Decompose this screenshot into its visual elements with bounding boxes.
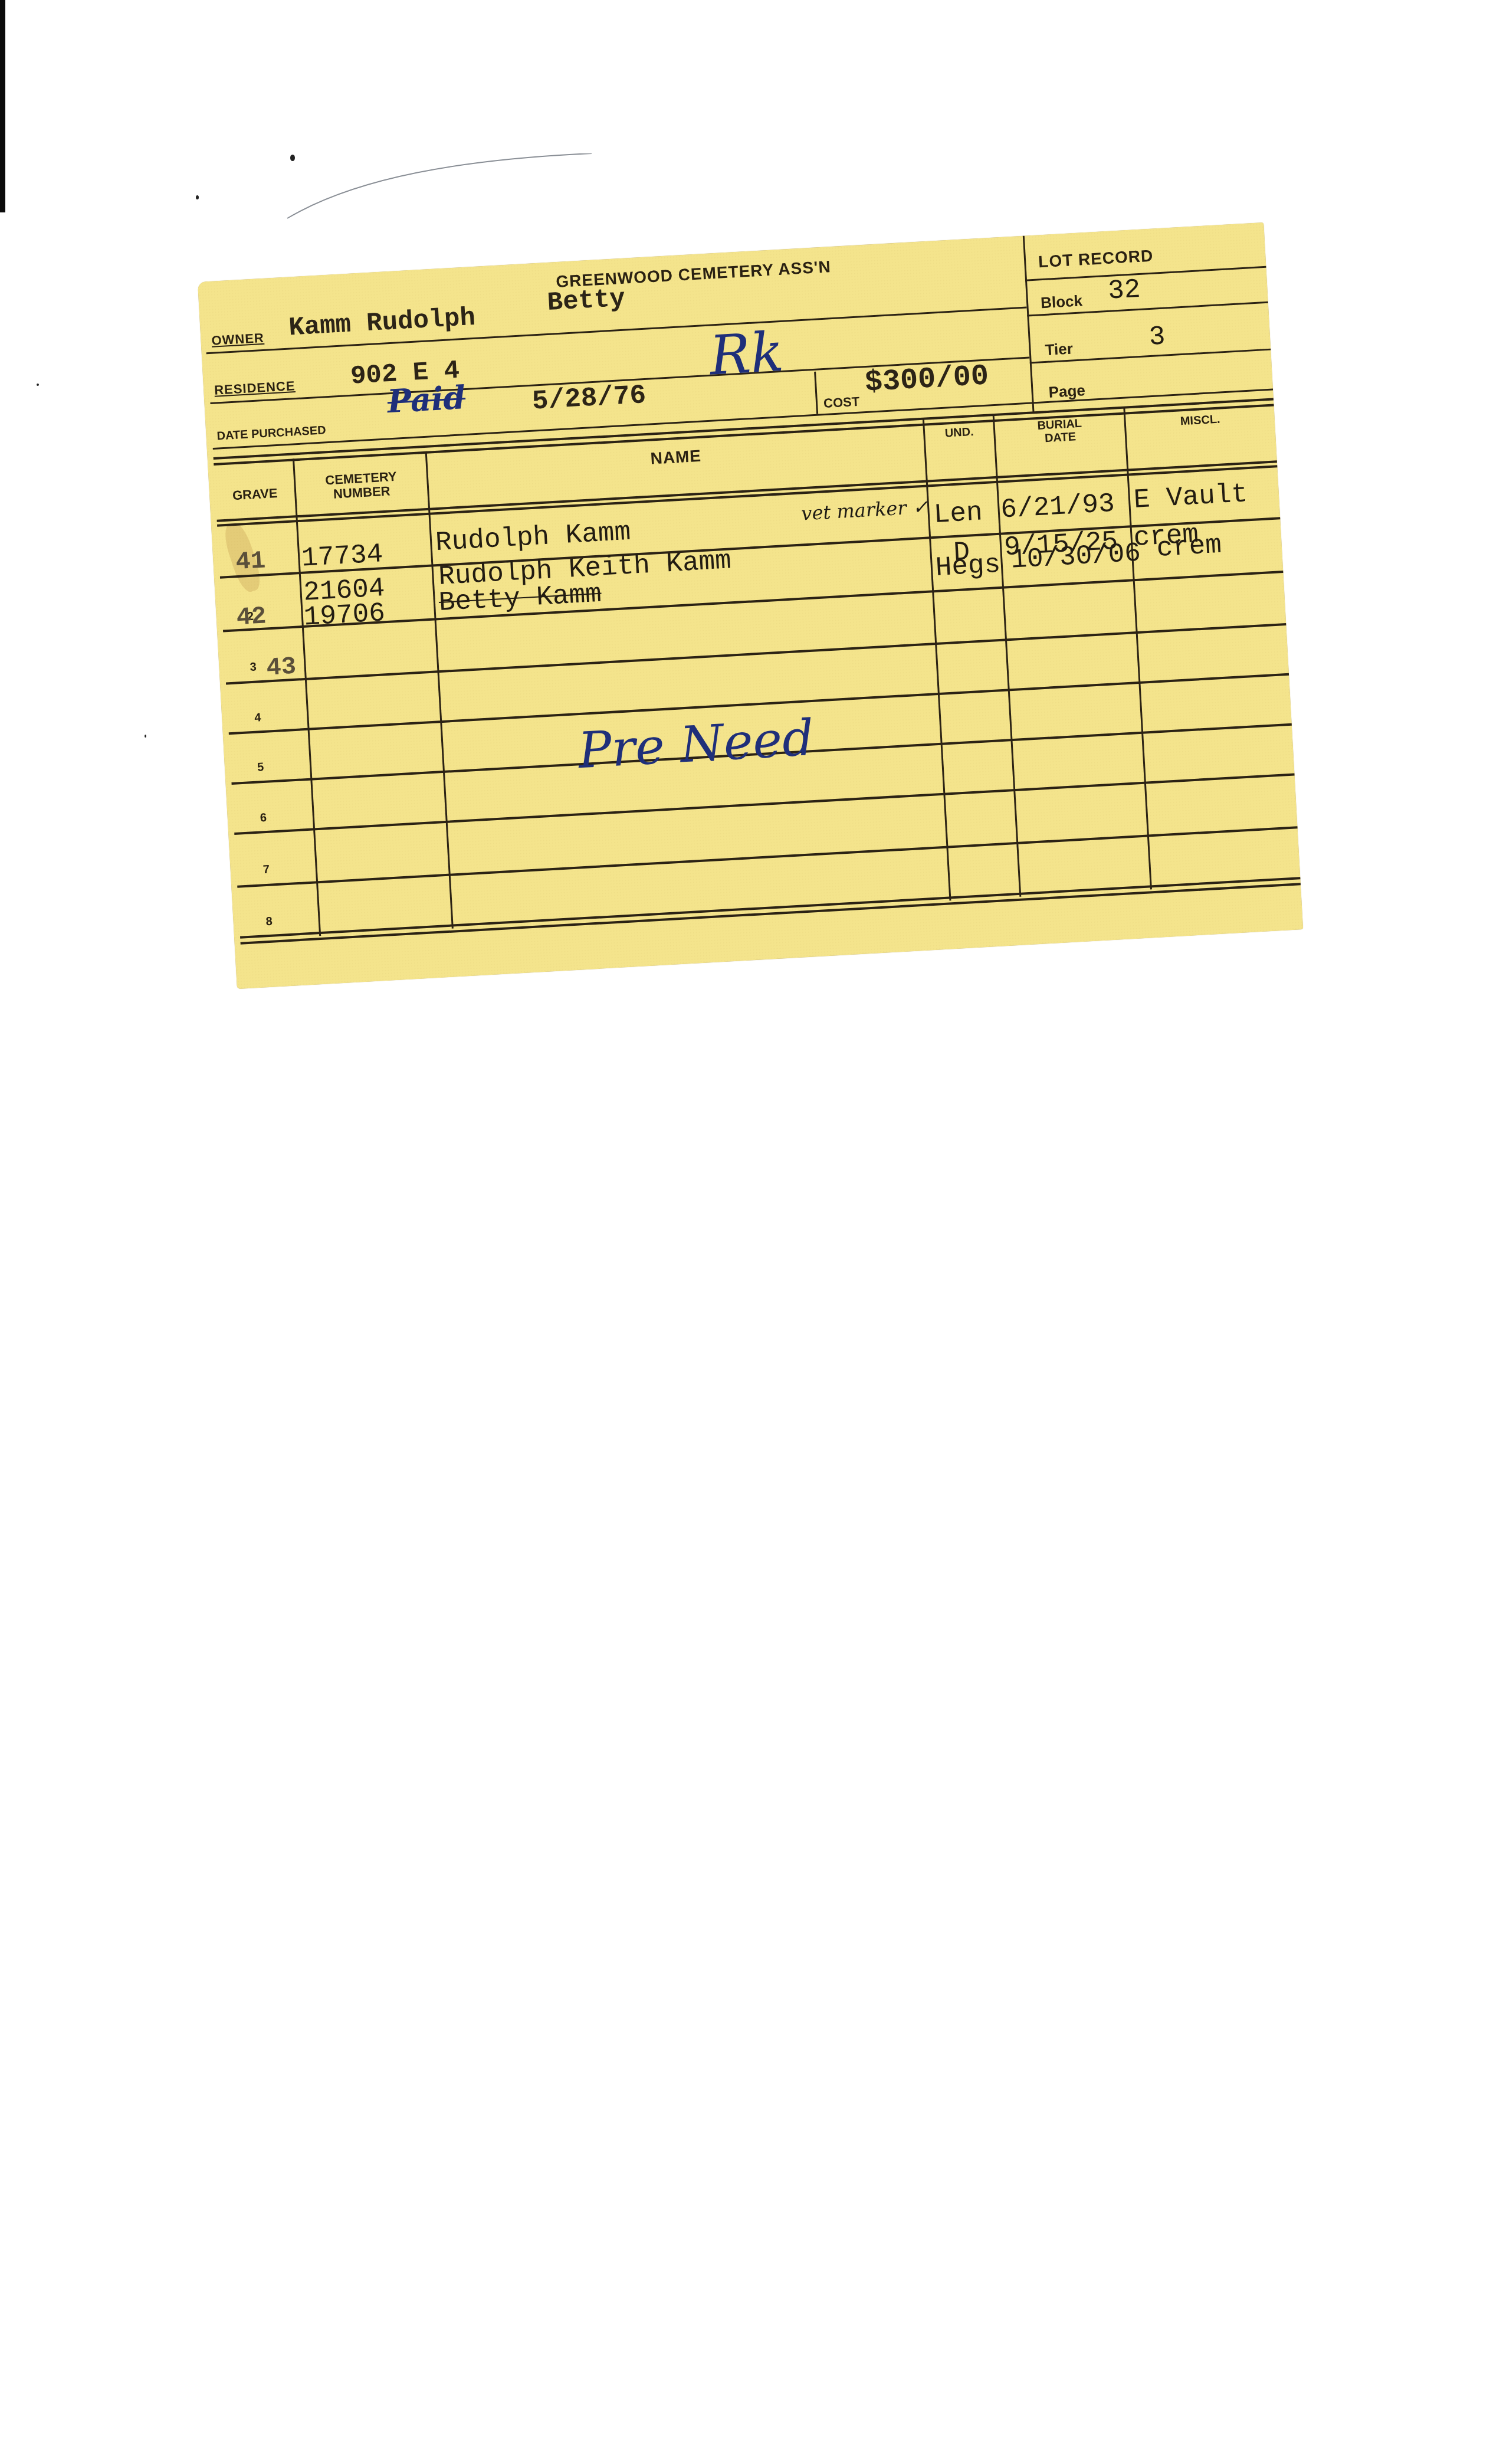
entry-miscl: crem	[1156, 530, 1222, 564]
owner-value-2: Betty	[547, 284, 626, 318]
cost-divider	[814, 372, 818, 414]
scan-speck	[145, 735, 146, 738]
header-grave: GRAVE	[215, 484, 295, 504]
lot-record-card: GREENWOOD CEMETERY ASS'N LOT RECORD Bloc…	[198, 222, 1303, 989]
stray-pencil-mark	[286, 153, 593, 224]
grave-number: 4	[254, 711, 262, 725]
table-bottom-rule	[240, 877, 1300, 938]
grave-number: 3	[250, 660, 257, 674]
cemnum-col-divider	[425, 451, 454, 929]
date-purchased-value: 5/28/76	[531, 380, 647, 417]
struck-paid-note: Paid	[386, 378, 467, 420]
lot-record-title: LOT RECORD	[1038, 247, 1154, 272]
entry-cemetery-number: 17734	[301, 539, 384, 574]
grave-number: 6	[260, 811, 267, 825]
scan-speck	[37, 384, 39, 386]
entry-burial-date: 10/30/06	[1010, 538, 1141, 575]
grave-number: 5	[257, 761, 264, 775]
cost-label: COST	[823, 394, 859, 411]
scan-speck	[196, 195, 199, 199]
row-rule	[226, 623, 1286, 684]
row-rule	[234, 774, 1294, 835]
date-purchased-label: DATE PURCHASED	[216, 424, 326, 443]
owner-value: Kamm Rudolph	[288, 303, 476, 343]
owner-label: OWNER	[211, 330, 265, 349]
grave-col-divider	[293, 458, 321, 936]
entry-und: Hegs	[935, 549, 1002, 584]
grave-overwrite: 43	[265, 653, 297, 683]
entry-und: Len	[933, 497, 984, 530]
scan-edge-strip	[0, 0, 5, 212]
grave-overwrite: 42	[236, 602, 267, 632]
grave-number: 7	[262, 863, 270, 877]
grave-overwrite: 41	[235, 546, 266, 576]
grave-number: 8	[265, 915, 273, 929]
burial-col-divider	[1123, 408, 1152, 890]
block-value: 32	[1107, 274, 1141, 307]
cost-value: $300/00	[864, 359, 990, 400]
entry-burial-date: 6/21/93	[1000, 489, 1115, 526]
tier-value: 3	[1148, 322, 1166, 353]
tier-label: Tier	[1045, 339, 1074, 359]
row-rule	[237, 826, 1297, 887]
und-col-divider	[993, 415, 1022, 897]
name-col-divider	[923, 419, 951, 901]
header-cemetery-number: CEMETERY NUMBER	[296, 468, 428, 503]
page-label: Page	[1048, 381, 1086, 401]
pre-need-note: Pre Need	[577, 709, 816, 779]
residence-label: RESIDENCE	[214, 378, 296, 398]
table-bottom-rule	[241, 883, 1301, 944]
lot-record-divider	[1023, 236, 1035, 413]
block-label: Block	[1040, 291, 1082, 312]
entry-miscl: E Vault	[1133, 479, 1249, 516]
entry-note: vet marker ✓	[800, 495, 928, 525]
initials: Rk	[708, 320, 785, 388]
header-und: UND.	[925, 424, 994, 441]
entry-cemetery-number: 19706	[303, 598, 386, 633]
